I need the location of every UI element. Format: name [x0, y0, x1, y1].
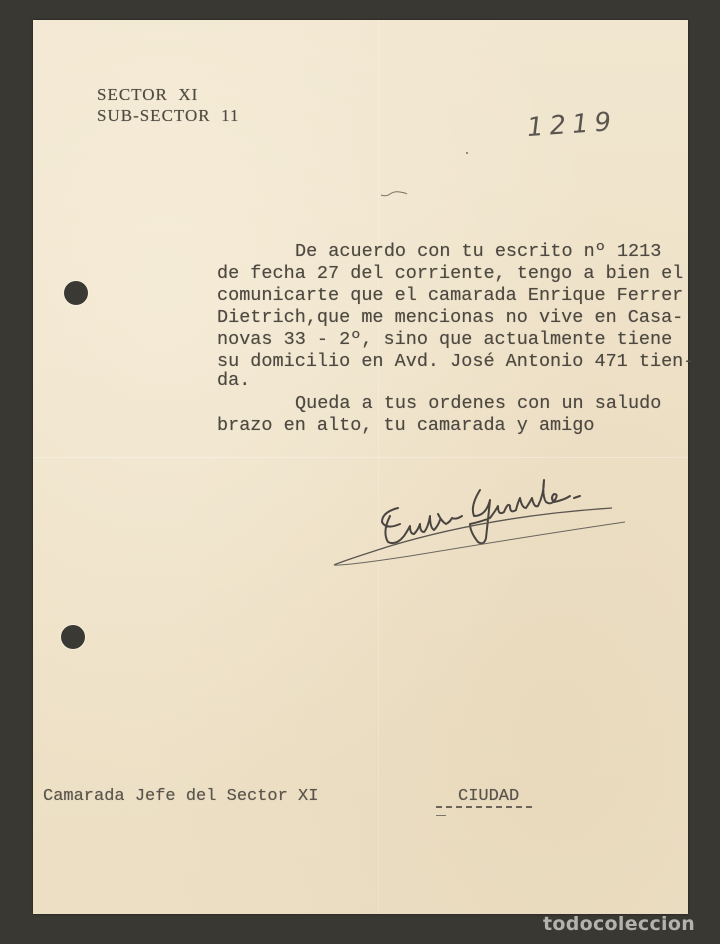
city-underline: [436, 806, 532, 810]
body-line-7: da.: [217, 370, 250, 392]
body-line-4: Dietrich,que me mencionas no vive en Cas…: [217, 307, 683, 329]
sector-heading: SECTOR XI: [97, 84, 198, 105]
handwritten-reference-number: 1219: [526, 107, 618, 143]
punch-hole-bottom: [61, 625, 85, 649]
body-line-2: de fecha 27 del corriente, tengo a bien …: [217, 263, 683, 285]
body-line-6: su domicilio en Avd. José Antonio 471 ti…: [217, 351, 694, 373]
sub-sector-heading: SUB-SECTOR 11: [97, 105, 239, 126]
punch-hole-top: [64, 281, 88, 305]
handwritten-signature: Emilio Garrido: [330, 450, 630, 580]
closing-line-2: brazo en alto, tu camarada y amigo: [217, 415, 594, 437]
recipient-line: Camarada Jefe del Sector XI: [43, 786, 318, 808]
pencil-mark-icon: [380, 188, 410, 200]
closing-line-1: Queda a tus ordenes con un saludo: [295, 393, 661, 415]
body-line-3: comunicarte que el camarada Enrique Ferr…: [217, 285, 683, 307]
city-line: CIUDAD: [458, 786, 519, 808]
paper-speck: [466, 152, 468, 154]
body-line-1: De acuerdo con tu escrito nº 1213: [295, 241, 661, 263]
city-underline-tail: [436, 815, 446, 817]
body-line-5: novas 33 - 2º, sino que actualmente tien…: [217, 329, 672, 351]
watermark-text: todocoleccion: [543, 913, 695, 935]
